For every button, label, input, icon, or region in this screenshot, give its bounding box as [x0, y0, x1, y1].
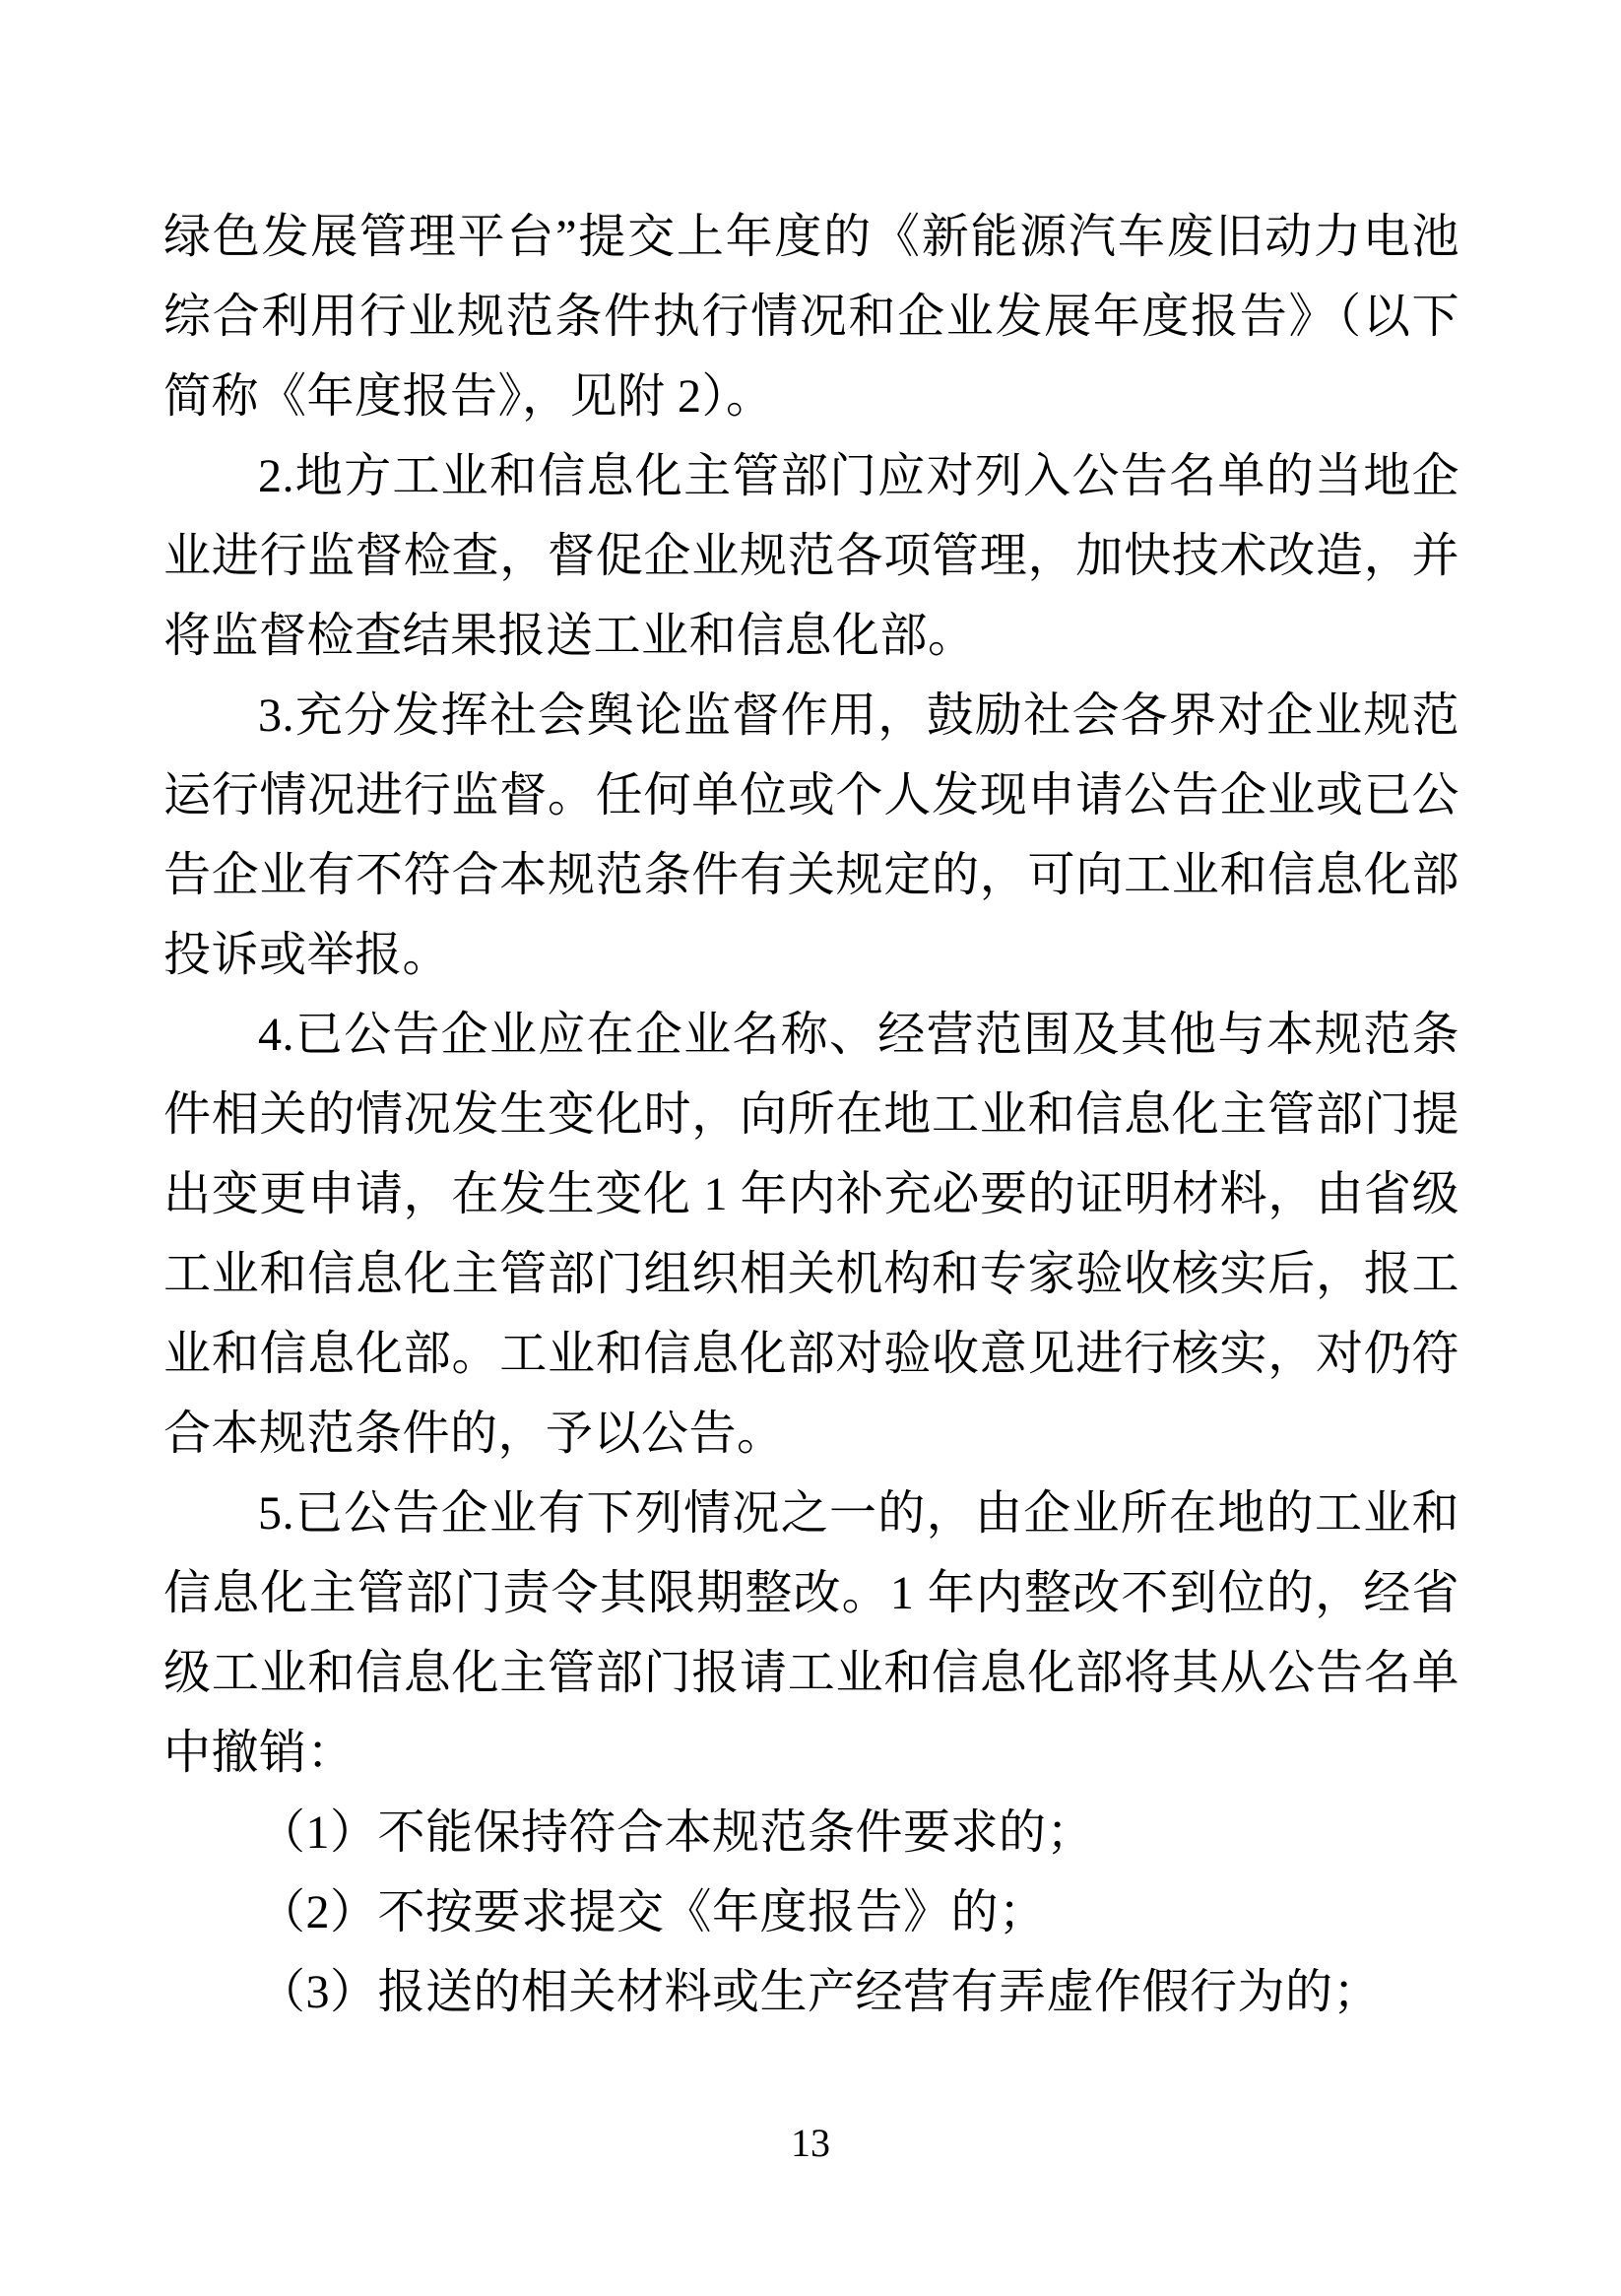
body-paragraph: 4.已公告企业应在企业名称、经营范围及其他与本规范条件相关的情况发生变化时，向所…	[163, 995, 1459, 1474]
body-paragraph: 2.地方工业和信息化主管部门应对列入公告名单的当地企业进行监督检查，督促企业规范…	[163, 436, 1459, 676]
body-paragraph: 3.充分发挥社会舆论监督作用，鼓励社会各界对企业规范运行情况进行监督。任何单位或…	[163, 676, 1459, 995]
document-page: 绿色发展管理平台”提交上年度的《新能源汽车废旧动力电池综合利用行业规范条件执行情…	[163, 197, 1459, 2032]
list-item: （1）不能保持符合本规范条件要求的；	[163, 1793, 1459, 1872]
body-paragraph: 5.已公告企业有下列情况之一的，由企业所在地的工业和信息化主管部门责令其限期整改…	[163, 1474, 1459, 1793]
list-item: （2）不按要求提交《年度报告》的；	[163, 1872, 1459, 1952]
body-paragraph: 绿色发展管理平台”提交上年度的《新能源汽车废旧动力电池综合利用行业规范条件执行情…	[163, 197, 1459, 436]
list-item: （3）报送的相关材料或生产经营有弄虚作假行为的；	[163, 1952, 1459, 2032]
page-number: 13	[0, 2120, 1621, 2167]
